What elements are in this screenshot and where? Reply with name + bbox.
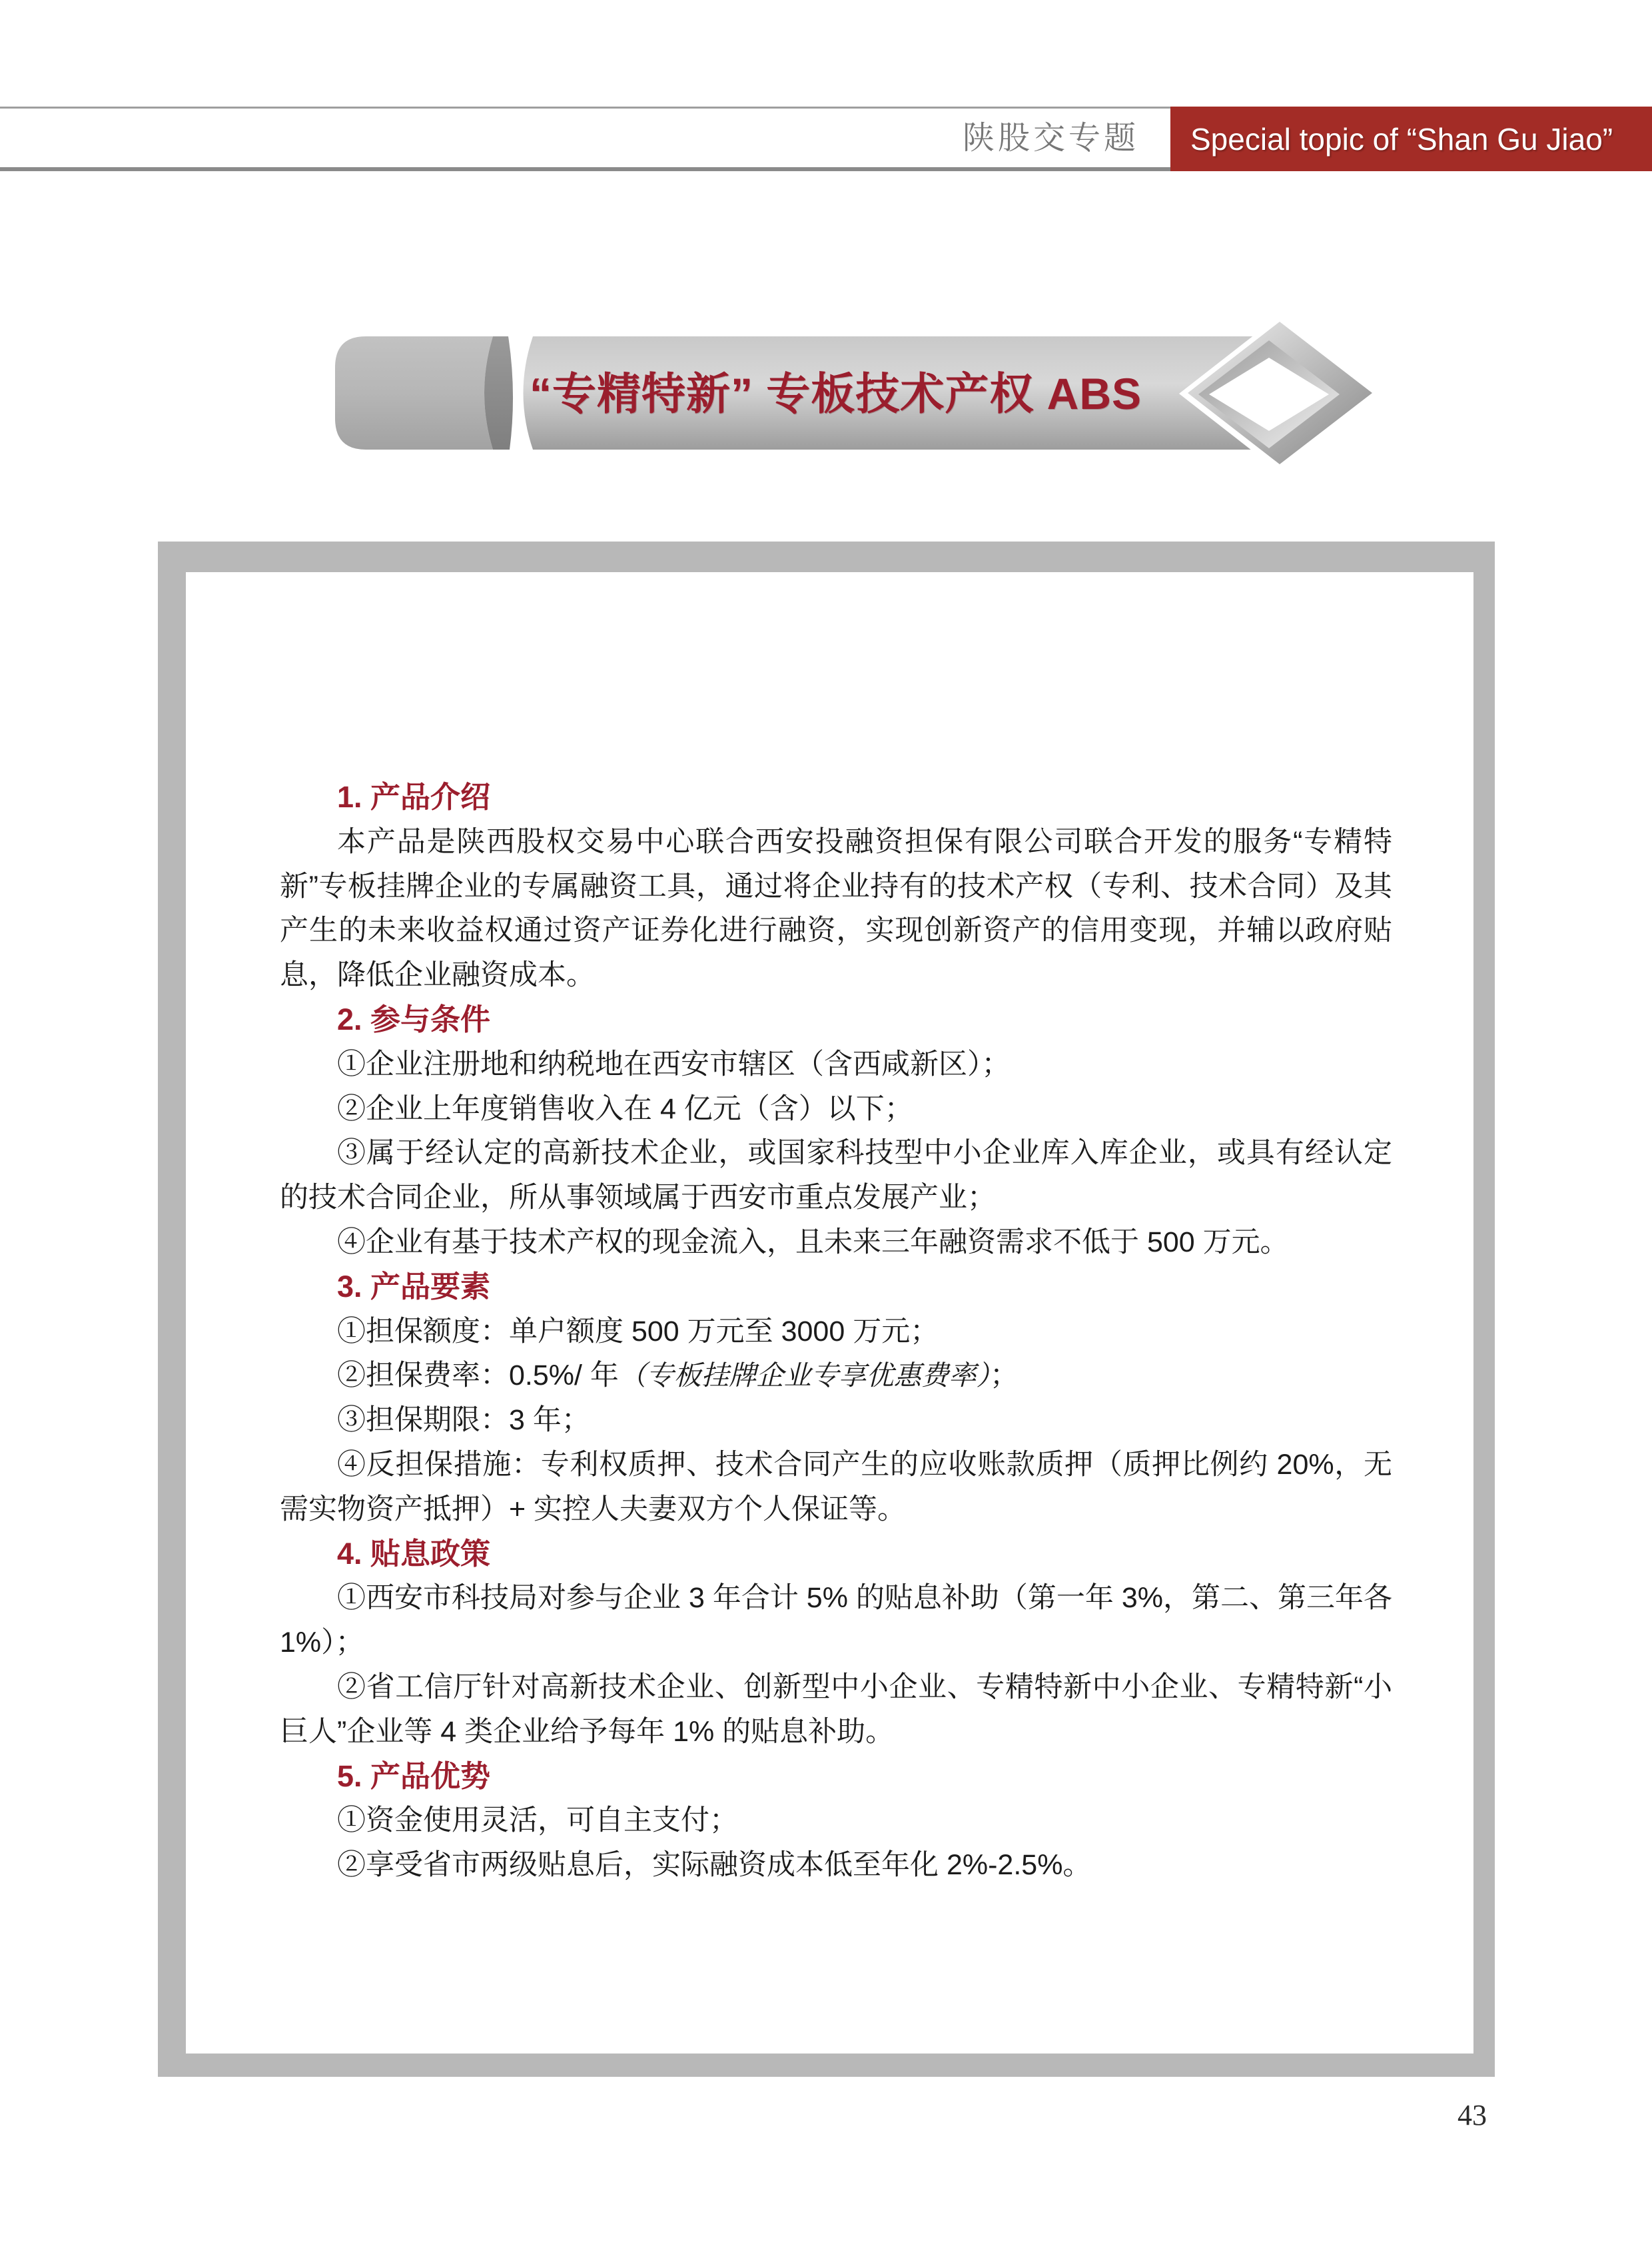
section-5-item-1: ①资金使用灵活，可自主支付； [280,1798,1392,1843]
section-4-heading: 4. 贴息政策 [280,1532,1392,1577]
header-bottom-rule [0,167,1170,171]
item-text-after: ； [990,1359,1019,1391]
item-note-italic: （专板挂牌企业专享优惠费率） [619,1360,990,1391]
header-en-label: Special topic of “Shan Gu Jiao” [1190,121,1613,157]
header-red-banner: Special topic of “Shan Gu Jiao” [1170,107,1652,171]
section-1-heading: 1. 产品介绍 [280,775,1392,820]
section-2-item-4: ④企业有基于技术产权的现金流入，且未来三年融资需求不低于 500 万元。 [280,1220,1392,1265]
section-1-paragraph: 本产品是陕西股权交易中心联合西安投融资担保有限公司联合开发的服务“专精特新”专板… [280,820,1392,998]
section-3-item-2: ②担保费率：0.5%/ 年（专板挂牌企业专享优惠费率）； [280,1353,1392,1398]
section-2-item-2: ②企业上年度销售收入在 4 亿元（含）以下； [280,1087,1392,1132]
section-3-item-3: ③担保期限：3 年； [280,1398,1392,1443]
section-5-item-2: ②享受省市两级贴息后，实际融资成本低至年化 2%-2.5%。 [280,1843,1392,1888]
section-2-heading: 2. 参与条件 [280,998,1392,1042]
ribbon-left-segment [335,336,493,450]
banner-title: “专精特新” 专板技术产权 ABS [530,366,1289,421]
section-2-item-3: ③属于经认定的高新技术企业，或国家科技型中小企业库入库企业，或具有经认定的技术合… [280,1131,1392,1220]
section-3-heading: 3. 产品要素 [280,1265,1392,1309]
section-4-item-2: ②省工信厅针对高新技术企业、创新型中小企业、专精特新中小企业、专精特新“小巨人”… [280,1665,1392,1754]
ribbon-crescent-band [484,336,513,450]
page-number: 43 [1439,2098,1505,2132]
section-4-item-1: ①西安市科技局对参与企业 3 年合计 5% 的贴息补助（第一年 3%，第二、第三… [280,1576,1392,1665]
content-text: 1. 产品介绍 本产品是陕西股权交易中心联合西安投融资担保有限公司联合开发的服务… [280,775,1392,1888]
section-5-heading: 5. 产品优势 [280,1754,1392,1799]
title-banner: “专精特新” 专板技术产权 ABS [330,313,1389,476]
section-2-item-1: ①企业注册地和纳税地在西安市辖区（含西咸新区）； [280,1042,1392,1087]
section-3-item-1: ①担保额度：单户额度 500 万元至 3000 万元； [280,1309,1392,1354]
section-3-item-4: ④反担保措施：专利权质押、技术合同产生的应收账款质押（质押比例约 20%，无需实… [280,1443,1392,1532]
item-text: ②担保费率：0.5%/ 年 [337,1359,619,1391]
header-cn-label: 陕股交专题 [859,121,1139,157]
